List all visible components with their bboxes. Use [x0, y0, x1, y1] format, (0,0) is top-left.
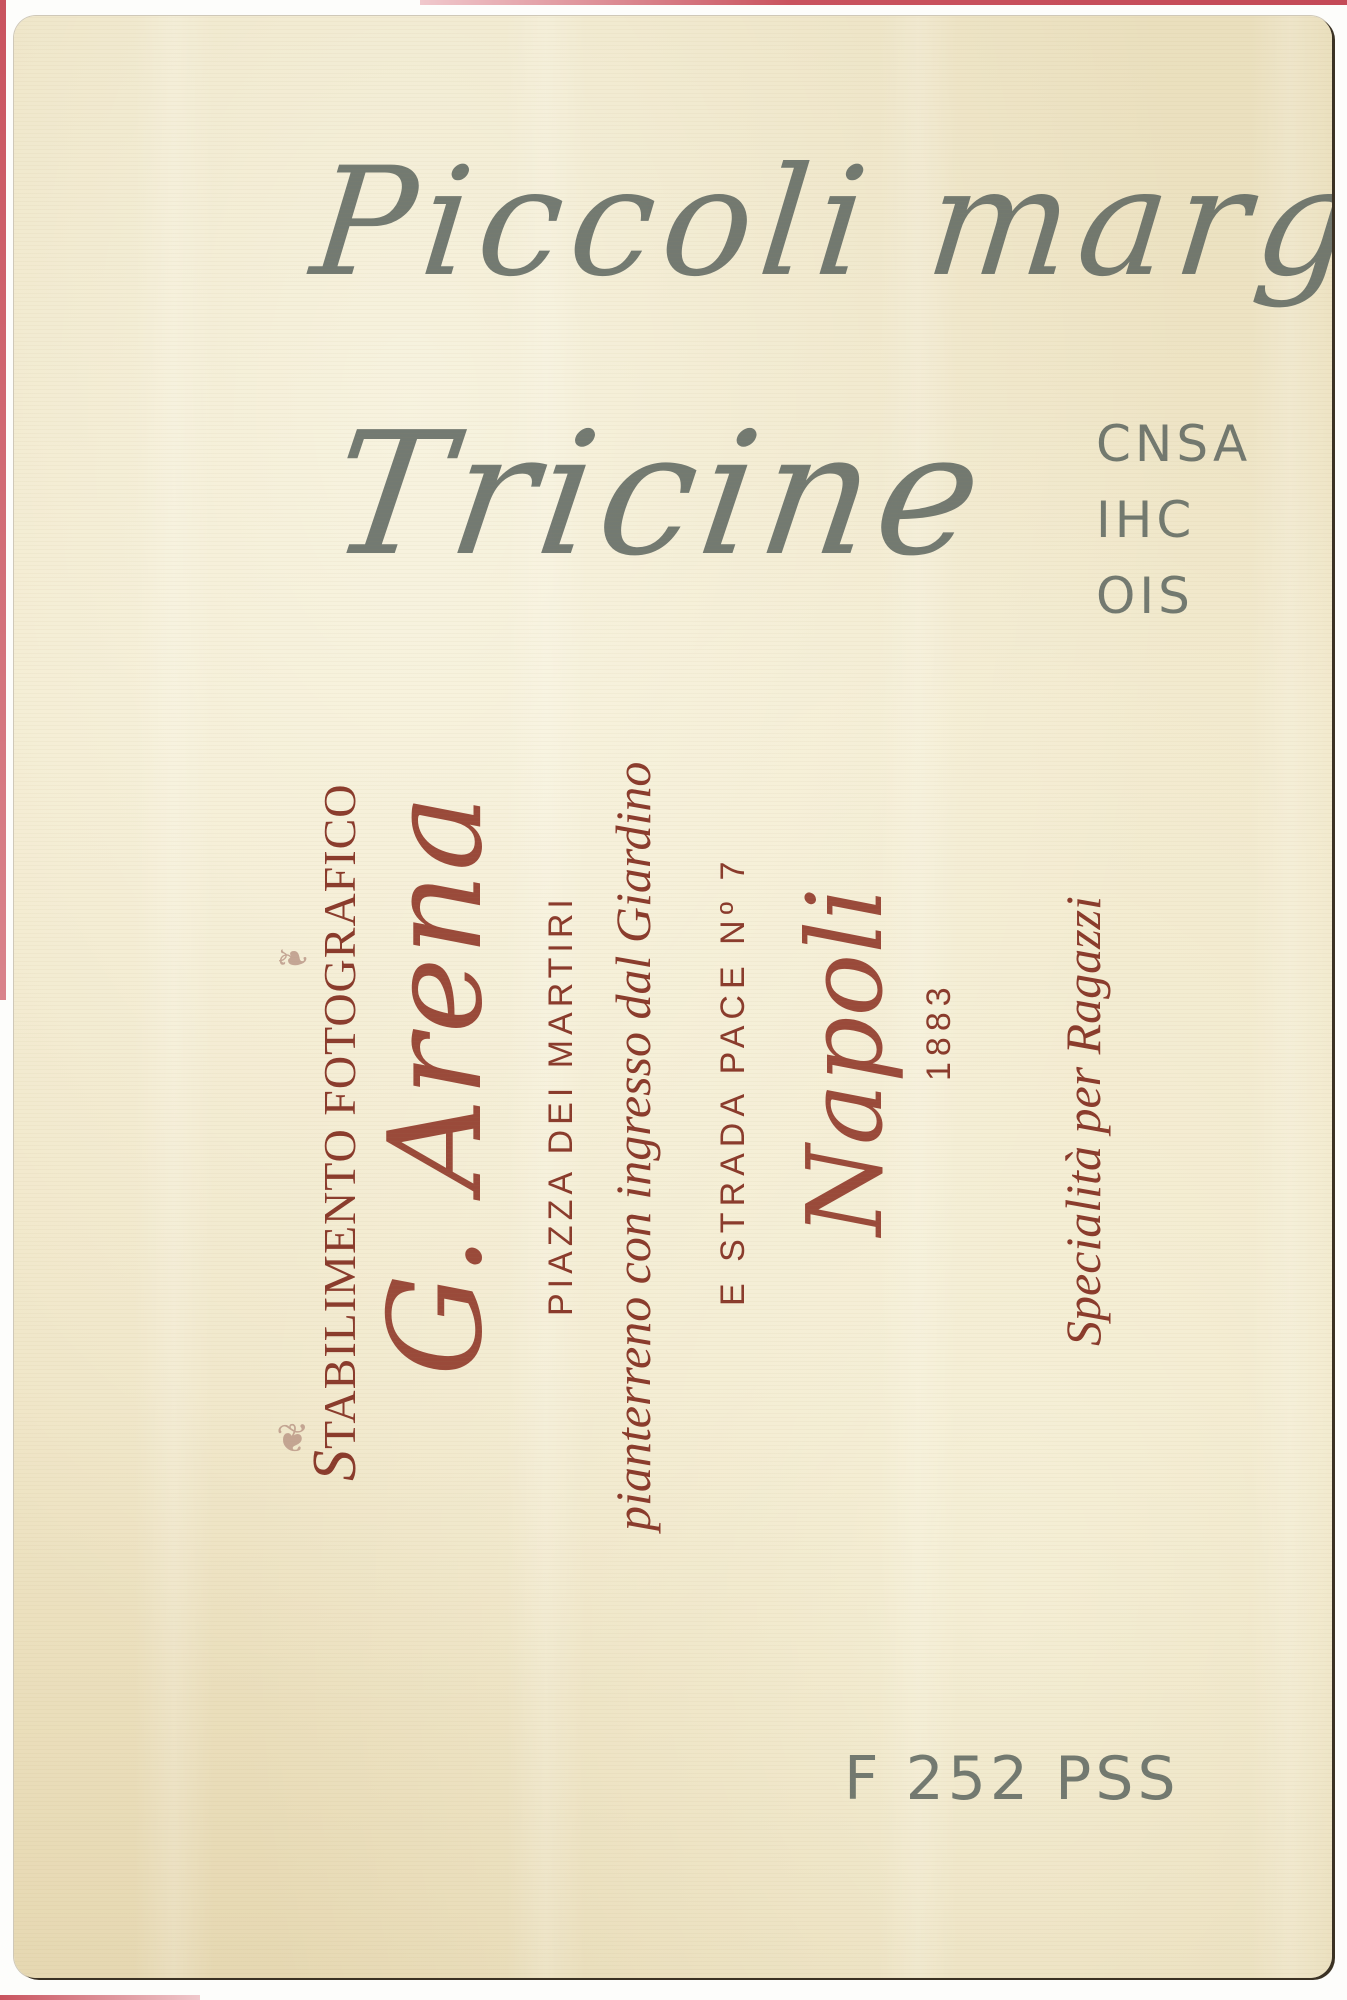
studio-specialty: Specialità per Ragazzi [1054, 896, 1112, 1346]
archive-frame-left [0, 0, 6, 1000]
address-note: pianterreno con ingresso dal Giardino [604, 762, 662, 1531]
year: 1883 [920, 981, 959, 1081]
archive-frame-bottom [0, 1995, 200, 2000]
inventory-number: F 252 PSS [844, 1744, 1180, 1814]
handwritten-caption-line-1: Piccoli margherita [305, 136, 1332, 310]
studio-heading: STABILIMENTO FOTOGRAFICO [300, 784, 371, 1481]
cabinet-card-reverse: Piccoli margherita Tricine CNSA IHC OIS … [14, 16, 1332, 1978]
address-line-1: PIAZZA DEI MARTIRI [542, 894, 581, 1316]
studio-heading-text: TABILIMENTO FOTOGRAFICO [314, 784, 365, 1449]
handwritten-caption-line-2: Tricine [320, 396, 999, 594]
city-name: Napoli [784, 887, 906, 1236]
catalog-code-line: CNSA [1096, 406, 1251, 482]
address-line-2: E STRADA PACE Nº 7 [714, 856, 753, 1306]
handwritten-catalog-code: CNSA IHC OIS [1096, 406, 1251, 634]
catalog-code-line: OIS [1096, 558, 1251, 634]
studio-heading-initial: S [301, 1449, 369, 1481]
catalog-code-line: IHC [1096, 482, 1251, 558]
photographer-name: G. Arena [362, 793, 511, 1376]
scan-page: Piccoli margherita Tricine CNSA IHC OIS … [0, 0, 1347, 2000]
archive-frame-top [420, 0, 1347, 5]
